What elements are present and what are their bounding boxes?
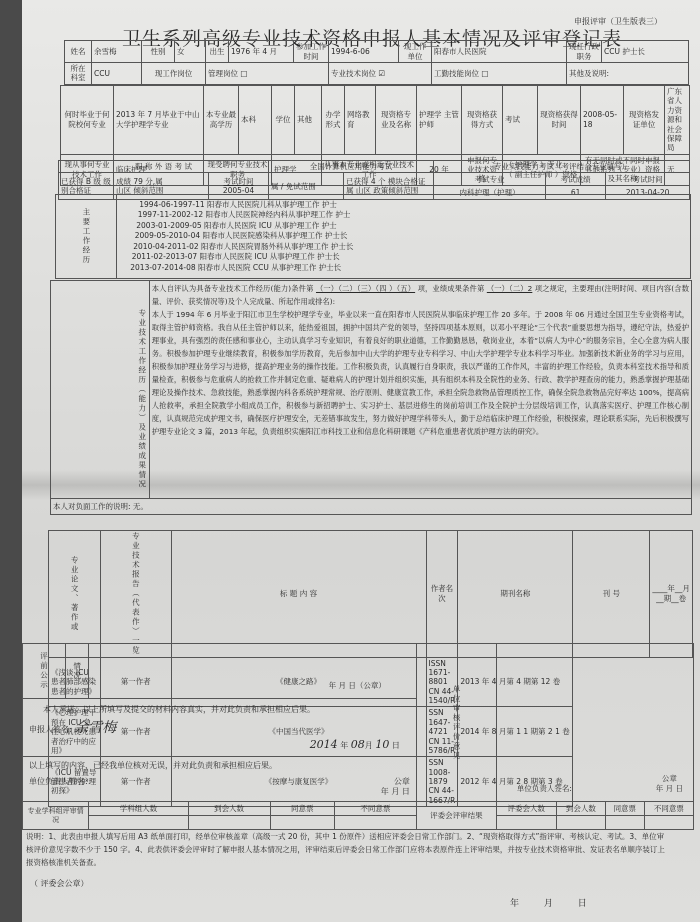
qual-time-value: 2008-05-18 (581, 86, 624, 155)
sg-col-1: 到会人数 (188, 802, 270, 816)
grad-value: 2013 年 7 月毕业于中山大学护理学专业 (114, 86, 204, 155)
dept-label: 所在科室 (65, 63, 92, 85)
gender-value: 女 (175, 41, 206, 63)
committee-label: 评委会评审结果 (416, 802, 496, 830)
highest-label: 本专业最高学历 (204, 86, 239, 155)
work-history-list: 1994-06-1997-11 阳春市人民医院儿科从事护理工作 护士1997-1… (117, 195, 691, 279)
notes: 说明：1、此表由申报人填写后用 A3 纸单面打印，经单位审核盖章（高级一式 20… (26, 830, 666, 869)
position-tech-checkbox[interactable]: 专业技术岗位 ☑ (329, 63, 432, 85)
sg-val-3[interactable] (334, 816, 416, 830)
papers-side-label-2: 专业论文、著作或 (49, 531, 101, 658)
cm-col-1: 到会人数 (556, 802, 605, 816)
qual-value: 护理学 主管护师 (417, 86, 462, 155)
col-title: 标 题 内 容 (171, 531, 426, 658)
cm-col-3: 不同意票 (644, 802, 693, 816)
other-label: 其他及说明: (567, 63, 689, 85)
sg-val-2[interactable] (270, 816, 334, 830)
work-history-label: 主要工作经历 (56, 195, 117, 279)
qual-method-value: 考试 (503, 86, 538, 155)
cm-val-1[interactable] (556, 816, 605, 830)
subject-group-label: 专业学科组评审情况 (23, 802, 89, 830)
papers-side-label-1: 专业技术报告（代表作）一览 (100, 531, 171, 658)
practice-exam-title: 专业实践能力考试（考评结合专业填写） (434, 161, 690, 173)
work-start-label: 参加工作时间 (294, 41, 329, 63)
name-label: 姓名 (65, 41, 92, 63)
cm-val-3[interactable] (644, 816, 693, 830)
col-rank: 作者名次 (426, 531, 458, 658)
qual-issuer-label: 现资格发证单位 (624, 86, 665, 155)
self-eval-side-label: 专业技术工作经历（能力）及业绩成果情况 (51, 281, 150, 499)
work-history-item: 1994-06-1997-11 阳春市人民医院儿科从事护理工作 护士 (119, 200, 688, 211)
birth-label: 出生 (206, 41, 229, 63)
qual-time-label: 现资格获得时间 (538, 86, 581, 155)
birth-value: 1976 年 4 月 (229, 41, 294, 63)
committee-seal-label: （ 评委会公章） (30, 878, 89, 889)
col-issue: ____年__月__期__卷 (650, 531, 693, 658)
pledge-cell: 本人承诺：以上所填写及提交的材料内容真实，并对此负责和承担相应后果。 申报人签名… (23, 699, 417, 757)
bottom-date: 年 月 日 (510, 896, 587, 909)
grad-label: 何时毕业于何院校何专业 (61, 86, 114, 155)
work-history-item: 2003-01-2009-05 阳春市人民医院 ICU 从事护理工作 护士 (119, 221, 688, 232)
dept-value: CCU (92, 63, 142, 85)
sg-val-0[interactable] (89, 816, 188, 830)
work-history-item: 1997-11-2002-12 阳春市人民医院神经内科从事护理工作 护士 (119, 210, 688, 221)
unit-confirm-cell: 以上填写的内容，已经我单位核对无误，并对此负责和承担相应后果。 单位负责人签名:… (23, 757, 417, 802)
practice-time-label: 考试时间 (606, 173, 690, 186)
work-start-value: 1994-6-06 (329, 41, 399, 63)
self-eval-body: 本人于 1994 年 6 月毕业于阳江市卫生学校护理学专业，毕业以来一直在阳春市… (152, 308, 689, 438)
basic-info-table: 姓名 余雪梅 性别 女 出生 1976 年 4 月 参加工作时间 1994-6-… (64, 40, 689, 85)
sg-col-0: 学科组人数 (89, 802, 188, 816)
work-history-item: 2013-07-2014-08 阳春市人民医院 CCU 从事护理工作 护士长 (119, 263, 688, 274)
work-history-item: 2011-02-2013-07 阳春市人民医院 ICU 从事护理工作 护士长 (119, 252, 688, 263)
unit-opinion-area[interactable]: 单位负责人签名: 公章年 月 日 (496, 644, 693, 802)
qual-method-label: 现资格获得方式 (462, 86, 503, 155)
work-history-item: 2009-05-2010-04 阳春市人民医院感染科从事护理工作 护士长 (119, 231, 688, 242)
publicity-label-2: 情况 (65, 644, 89, 699)
qual-label: 现资格专业及名称 (376, 86, 417, 155)
employer-label: 现工作单位 (399, 41, 432, 63)
highest-value: 本科 (239, 86, 272, 155)
work-history-item: 2010-04-2011-02 阳春市人民医院胃肠外科从事护理工作 护士长 (119, 242, 688, 253)
mode-value: 网络教育 (345, 86, 376, 155)
position-mgmt-checkbox[interactable]: 管理岗位 □ (206, 63, 329, 85)
publicity-date: 年 月 日（公章） (89, 644, 417, 699)
applicant-signature: 余雪梅 (74, 720, 116, 736)
col-issn: 刊 号 (573, 531, 650, 658)
cm-val-0[interactable] (496, 816, 556, 830)
col-journal: 期刊名称 (458, 531, 573, 658)
sg-col-2: 同意票 (270, 802, 334, 816)
position-label: 现工作岗位 (142, 63, 206, 85)
practice-subject-label: 考试专业 (434, 173, 546, 186)
qual-issuer-value: 广东省人力资源和社会保障局 (665, 86, 690, 155)
cm-col-0: 评委会人数 (496, 802, 556, 816)
cond-ability: （一）（二）（三）（四 ）（五） (316, 284, 415, 293)
computer-exam-title: 全国计算机应用能力考试 (269, 161, 434, 173)
self-eval-table: 专业技术工作经历（能力）及业绩成果情况 本人自评认为具备专业技术工作经历(能力)… (50, 280, 692, 515)
sg-val-1[interactable] (188, 816, 270, 830)
name-value: 余雪梅 (92, 41, 142, 63)
degree-label: 学位 (272, 86, 295, 155)
degree-value: 其他 (295, 86, 322, 155)
mode-label: 办学形式 (322, 86, 345, 155)
unit-opinion-label: 单位审核评价意见 (416, 644, 496, 802)
admin-post-label: 现任行政职务 (567, 41, 602, 63)
self-eval-content: 本人自评认为具备专业技术工作经历(能力)条件第 （一）（二）（三）（四 ）（五）… (149, 281, 691, 499)
cm-val-2[interactable] (605, 816, 644, 830)
position-worker-checkbox[interactable]: 工勤技能岗位 □ (432, 63, 567, 85)
review-table: 评前公示 情况 年 月 日（公章） 单位审核评价意见 单位负责人签名: 公章年 … (22, 643, 694, 830)
cond-achievement: （一）（二）2 (487, 284, 533, 293)
admin-post-value: CCU 护士长 (602, 41, 689, 63)
negative-note: 本人对负面工作的说明: 无。 (51, 499, 692, 515)
foreign-exam-title: 职 称 外 语 考 试 (59, 161, 269, 173)
publicity-label-1: 评前公示 (23, 644, 66, 699)
practice-score-label: 考试成绩 (545, 173, 605, 186)
employer-value: 阳春市人民医院 (432, 41, 567, 63)
gender-label: 性别 (142, 41, 175, 63)
work-history-table: 主要工作经历 1994-06-1997-11 阳春市人民医院儿科从事护理工作 护… (55, 194, 691, 279)
cm-col-2: 同意票 (605, 802, 644, 816)
sg-col-3: 不同意票 (334, 802, 416, 816)
